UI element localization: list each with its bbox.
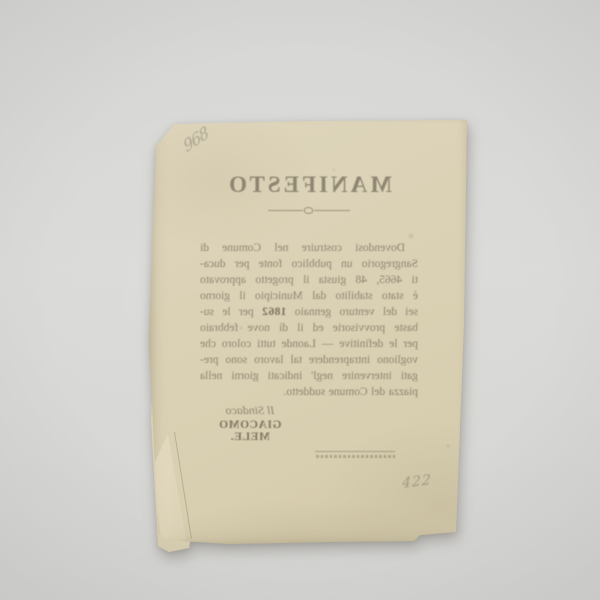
document-title: MANIFESTO xyxy=(148,172,470,198)
body-line: Sangregorio un pubblico fonte per duca- xyxy=(200,256,418,272)
signature-block: Il Sindaco GIACOMO MELE. xyxy=(198,403,302,443)
printed-text-mirrored: MANIFESTO Dovendosi costruire nel Comune… xyxy=(148,114,470,548)
body-line: Dovendosi costruire nel Comune di xyxy=(200,240,418,256)
manifesto-sheet: MANIFESTO Dovendosi costruire nel Comune… xyxy=(148,114,470,548)
body-line: piazza del Comune suddetto. xyxy=(200,384,418,400)
photograph: MANIFESTO Dovendosi costruire nel Comune… xyxy=(0,0,600,600)
body-line-text: sei del venturo gennaio xyxy=(287,306,419,318)
ornament-divider xyxy=(268,207,350,214)
ornament-rule-left xyxy=(315,210,351,211)
body-line-text: per le su- xyxy=(200,306,262,318)
body-line: sei del venturo gennaio 1862 per le su- xyxy=(200,304,418,320)
year-emphasis: 1862 xyxy=(262,306,287,318)
body-line: baste provvisorie ed il dì nove febbraio xyxy=(200,320,418,336)
body-line: ti 4665, 48 giusta il progetto approvato xyxy=(200,272,418,288)
imprint-illegible-text xyxy=(315,455,395,458)
printer-imprint xyxy=(315,451,395,458)
body-line: vogliono intraprendere tal lavoro sono p… xyxy=(200,352,418,368)
body-line: è stato stabilito dal Municipio il giorn… xyxy=(200,288,418,304)
ornament-diamond xyxy=(304,207,313,214)
document-body: Dovendosi costruire nel Comune di Sangre… xyxy=(200,240,418,400)
ornament-rule-right xyxy=(268,210,304,211)
imprint-rule xyxy=(315,451,395,452)
signature-role: Il Sindaco xyxy=(198,403,302,418)
body-line: gati intervenire negl' indicati giorni n… xyxy=(200,368,418,384)
signature-name: GIACOMO MELE. xyxy=(198,419,302,443)
body-line: per le definitive — Laonde tutti coloro … xyxy=(200,336,418,352)
